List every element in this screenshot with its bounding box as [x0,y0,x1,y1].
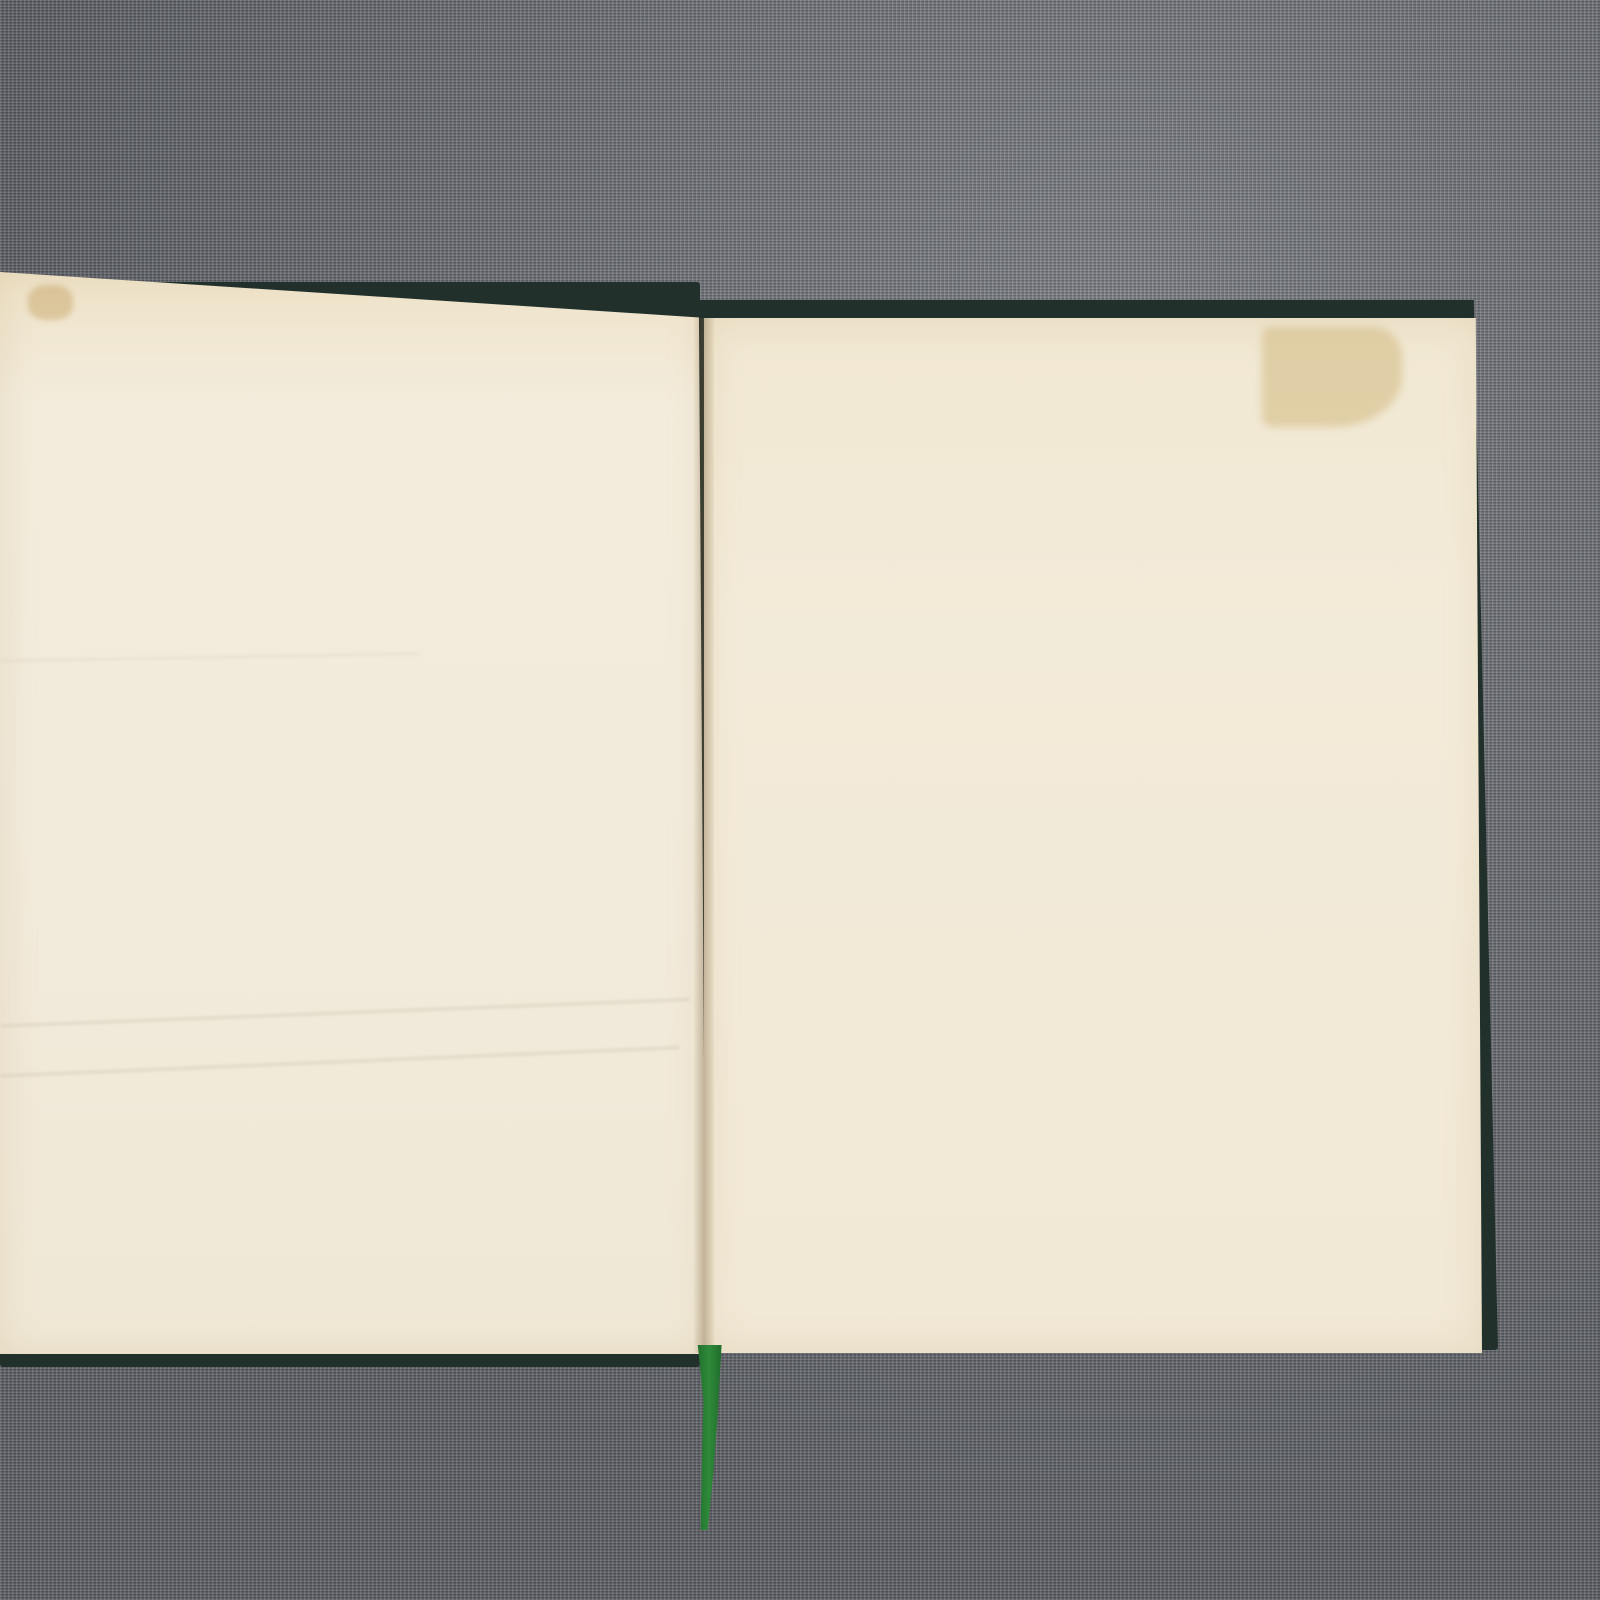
photo-scene [0,0,1600,1600]
age-stain-left [28,285,73,320]
book-gutter [694,318,714,1353]
right-page [704,318,1482,1353]
bookmark-ribbon [695,1345,723,1530]
age-stain-right [1262,327,1402,427]
left-page [0,272,706,1354]
